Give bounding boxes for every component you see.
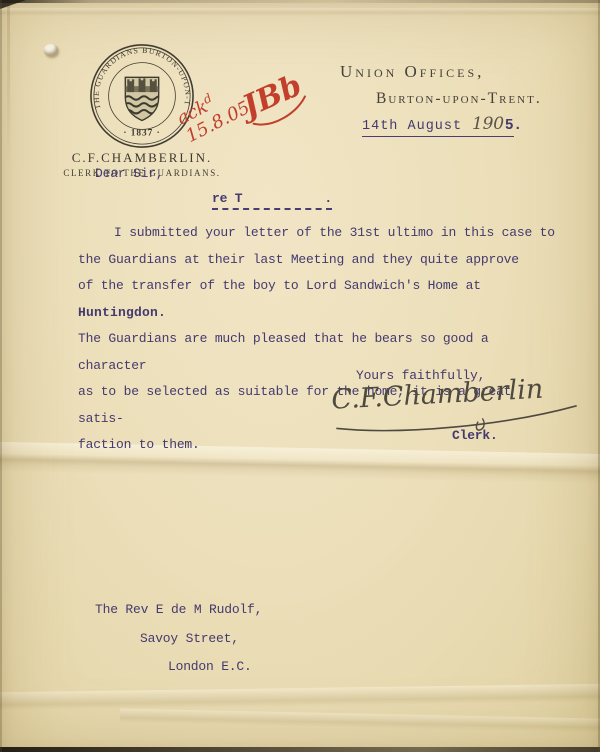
recipient-address: The Rev E de M Rudolf, Savoy Street, Lon…: [95, 596, 262, 682]
office-name: Union Offices,: [340, 62, 484, 82]
body-line: I submitted your letter of the 31st ulti…: [78, 220, 556, 247]
scanned-letter: THE GUARDIANS BURTON-UPON-TRENT UNION · …: [0, 0, 600, 752]
date-line: 14th August 190 5.: [362, 114, 522, 137]
body-line: the Guardians at their last Meeting and …: [78, 247, 556, 274]
date-printed-year: 190: [472, 114, 504, 134]
signer-title: Clerk.: [452, 428, 498, 443]
scan-edge-left: [0, 0, 2, 752]
letterhead-clerk-name: C.F.CHAMBERLIN.: [56, 150, 228, 166]
recipient-street: Savoy Street,: [140, 625, 262, 654]
guardians-union-seal: THE GUARDIANS BURTON-UPON-TRENT UNION · …: [88, 42, 196, 150]
subject-text: re T: [212, 191, 242, 206]
scan-edge-bottom: [0, 747, 600, 752]
recipient-name: The Rev E de M Rudolf,: [95, 596, 262, 625]
subject-terminal: .: [324, 191, 332, 206]
punch-hole: [44, 44, 58, 56]
scan-edge-top: [0, 0, 600, 3]
handwritten-initials: JBb: [238, 67, 313, 133]
paper-wrinkle: [120, 709, 600, 734]
body-line: of the transfer of the boy to Lord Sandw…: [78, 273, 556, 326]
overstruck-word: Huntingdon.: [78, 305, 166, 320]
paper-wrinkle: [0, 684, 600, 711]
subject-line: re T .: [212, 191, 332, 210]
seal-year: · 1837 ·: [123, 128, 160, 138]
date-year-suffix: 5.: [505, 118, 522, 134]
paper-crease-left: [7, 0, 10, 170]
paper-crease-top: [0, 8, 600, 16]
salutation: Dear Sir,: [95, 166, 163, 181]
recipient-city: London E.C.: [168, 653, 262, 682]
office-town: Burton-upon-Trent.: [376, 90, 542, 108]
